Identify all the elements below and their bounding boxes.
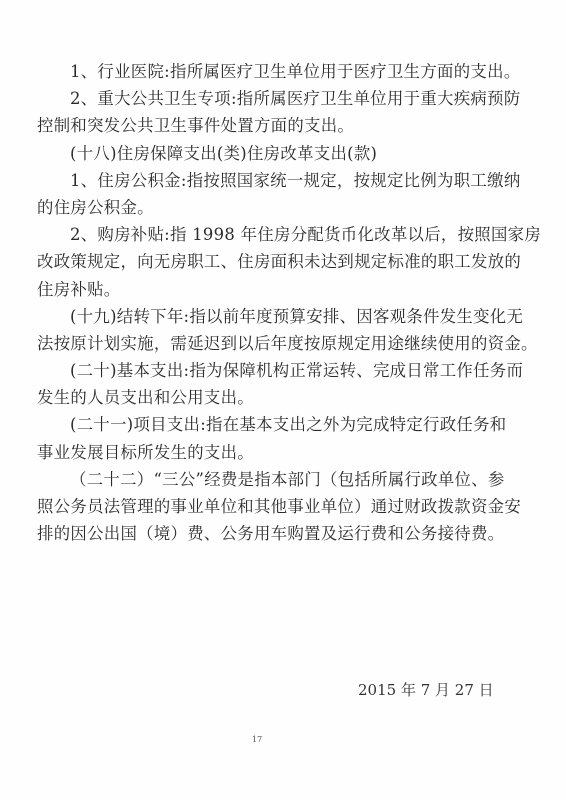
paragraph-line: 法按原计划实施，需延迟到以后年度按原规定用途继续使用的资金。: [37, 330, 474, 357]
paragraph-line: 事业发展目标所发生的支出。: [37, 439, 474, 466]
paragraph-line: (二十一)项目支出:指在基本支出之外为完成特定行政任务和: [37, 411, 474, 438]
paragraph-line: (十九)结转下年:指以前年度预算安排、因客观条件发生变化无: [37, 303, 474, 330]
paragraph-line: 住房补贴。: [37, 276, 474, 303]
body-text: 1、行业医院:指所属医疗卫生单位用于医疗卫生方面的支出。 2、重大公共卫生专项:…: [37, 58, 474, 547]
paragraph-line: 的住房公积金。: [37, 194, 474, 221]
paragraph-line: 发生的人员支出和公用支出。: [37, 384, 474, 411]
paragraph-line: 1、行业医院:指所属医疗卫生单位用于医疗卫生方面的支出。: [37, 58, 474, 85]
paragraph-line: 2、重大公共卫生专项:指所属医疗卫生单位用于重大疾病预防: [37, 85, 474, 112]
paragraph-line: 控制和突发公共卫生事件处置方面的支出。: [37, 112, 474, 139]
paragraph-line: 2、购房补贴:指 1998 年住房分配货币化改革以后，按照国家房: [37, 221, 474, 248]
paragraph-line: 改政策规定，向无房职工、住房面积未达到规定标准的职工发放的: [37, 248, 474, 275]
paragraph-line: （二十二）“三公”经费是指本部门（包括所属行政单位、参: [37, 466, 474, 493]
paragraph-line: 排的因公出国（境）费、公务用车购置及运行费和公务接待费。: [37, 520, 474, 547]
paragraph-line: (二十)基本支出:指为保障机构正常运转、完成日常工作任务而: [37, 357, 474, 384]
section-heading: (十八)住房保障支出(类)住房改革支出(款): [37, 140, 474, 167]
paragraph-line: 1、住房公积金:指按照国家统一规定，按规定比例为职工缴纳: [37, 167, 474, 194]
paragraph-line: 照公务员法管理的事业单位和其他事业单位）通过财政拨款资金安: [37, 493, 474, 520]
page-number: 17: [252, 735, 262, 744]
document-page: 1、行业医院:指所属医疗卫生单位用于医疗卫生方面的支出。 2、重大公共卫生专项:…: [0, 0, 566, 800]
document-date: 2015 年 7 月 27 日: [358, 679, 494, 701]
